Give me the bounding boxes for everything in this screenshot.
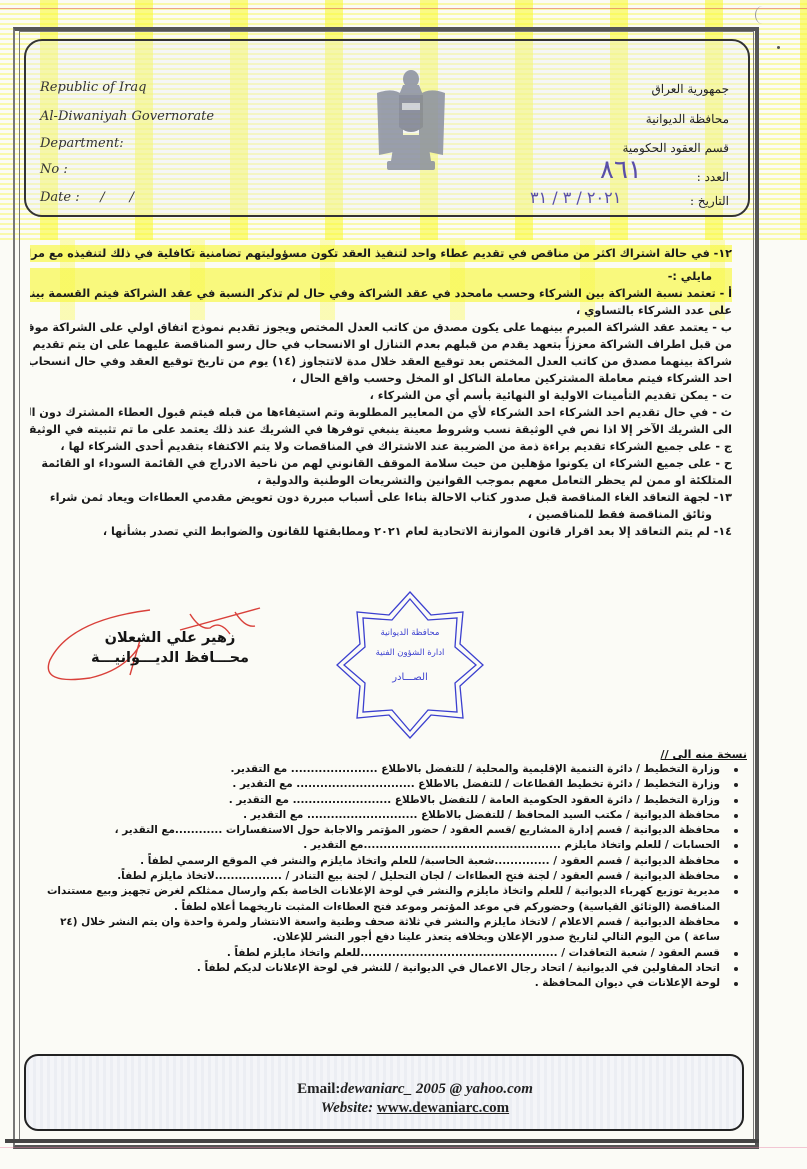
scan-artifact-line bbox=[0, 8, 807, 9]
copy-to-item-continuation: المناقصة (الوثائق القياسية) وحضوركم في م… bbox=[30, 900, 742, 915]
clause-12-b-cont-2: شراكة بينهما مصدق من كاتب العدل المختص ب… bbox=[30, 353, 732, 370]
bullet-icon bbox=[734, 799, 738, 803]
signatory-name: زهير علي الشعلان bbox=[70, 628, 270, 648]
header-arabic-department: قسم العقود الحكومية bbox=[623, 141, 730, 155]
header-english-date: Date : / / bbox=[40, 190, 134, 205]
copy-to-item: وزارة التخطيط / دائرة تخطيط القطاعات / ل… bbox=[30, 777, 742, 792]
header-english-governorate: Al-Diwaniyah Governorate bbox=[40, 109, 214, 124]
header-arabic-country: جمهورية العراق bbox=[651, 82, 729, 96]
iraq-eagle-emblem-icon bbox=[373, 65, 449, 175]
bullet-icon bbox=[734, 814, 738, 818]
header-arabic-date-label: التاريخ : bbox=[690, 194, 729, 208]
copy-to-item-continuation: ساعة ) من اليوم التالي لتاريخ صدور الإعل… bbox=[30, 930, 742, 945]
clause-12-b: ب - يعتمد عقد الشراكة المبرم بينهما على … bbox=[30, 319, 732, 336]
clause-12-h: ح - على جميع الشركاء ان يكونوا مؤهلين من… bbox=[30, 455, 732, 472]
clause-13-cont: وثائق المناقصة فقط للمناقصين ، bbox=[30, 506, 732, 523]
clause-14: ١٤- لم يتم التعاقد إلا بعد اقرار قانون ا… bbox=[30, 523, 732, 540]
clause-12-cont: مايلي :- bbox=[30, 268, 732, 285]
clause-12-h-cont: المتلكئة او ممن لم يحظر التعامل معهم بمو… bbox=[30, 472, 732, 489]
bullet-icon bbox=[734, 982, 738, 986]
stamp-line-outgoing: الصـــادر bbox=[360, 672, 460, 683]
header-arabic-governorate: محافظة الديوانية bbox=[646, 112, 729, 126]
copy-to-list: وزارة التخطيط / دائرة التنمية الإقليمية … bbox=[30, 762, 742, 991]
stamp-line-department: ادارة الشؤون الفنية bbox=[360, 648, 460, 658]
clause-13: ١٣- لجهة التعاقد الغاء المناقصة قبل صدور… bbox=[30, 489, 732, 506]
footer-website: Website: www.dewaniarc.com bbox=[215, 1100, 615, 1117]
bullet-icon bbox=[734, 860, 738, 864]
header-english-number: No : bbox=[40, 162, 68, 177]
bullet-icon bbox=[734, 875, 738, 879]
bullet-icon bbox=[734, 967, 738, 971]
bullet-icon bbox=[734, 844, 738, 848]
clause-12-th-cont: الى الشريك الآخر إلا اذا نص في الوثيقة ن… bbox=[30, 421, 732, 438]
clause-12-b-cont-3: احد الشركاء فيتم معاملة المشتركين معاملة… bbox=[30, 370, 732, 387]
copy-to-item: الحسابات / للعلم واتخاذ مايلزم .........… bbox=[30, 838, 742, 853]
header-english-department: Department: bbox=[40, 136, 124, 151]
scan-artifact-curl bbox=[755, 6, 770, 24]
copy-to-item: اتحاد المقاولين في الديوانية / اتحاد رجا… bbox=[30, 961, 742, 976]
scan-artifact-dot bbox=[777, 46, 780, 49]
copy-to-item: وزارة التخطيط / دائرة التنمية الإقليمية … bbox=[30, 762, 742, 777]
copy-to-item: قسم العقود / شعبة التعاقدات / ..........… bbox=[30, 946, 742, 961]
copy-to-title: نسخة منه الى // bbox=[661, 748, 747, 761]
copy-to-item: محافظة الديوانية / مكتب السيد المحافظ / … bbox=[30, 808, 742, 823]
header-number-value: ٨٦١ bbox=[600, 155, 642, 185]
header-arabic-number-label: العدد : bbox=[697, 170, 729, 184]
bullet-icon bbox=[734, 952, 738, 956]
clauses-body: ١٢- في حالة اشتراك اكثر من مناقص في تقدي… bbox=[30, 245, 732, 540]
email-label: Email: bbox=[297, 1081, 340, 1097]
footer-email: Email:dewaniarc_ 2005 @ yahoo.com bbox=[215, 1081, 615, 1098]
bottom-rule bbox=[5, 1139, 759, 1143]
clause-12-th: ث - في حال تقديم احد الشركاء احد الشركاء… bbox=[30, 404, 732, 421]
bullet-icon bbox=[734, 768, 738, 772]
bullet-icon bbox=[734, 890, 738, 894]
clause-12-t: ت - يمكن تقديم التأمينات الاولية او النه… bbox=[30, 387, 732, 404]
clause-12-j: ج - على جميع الشركاء تقديم براءة ذمة من … bbox=[30, 438, 732, 455]
copy-to-item: محافظة الديوانية / قسم العقود / ........… bbox=[30, 854, 742, 869]
official-stamp-icon bbox=[335, 590, 485, 740]
clause-12: ١٢- في حالة اشتراك اكثر من مناقص في تقدي… bbox=[30, 245, 732, 262]
header-date-value: ٢٠٢١ / ٣ / ٣١ bbox=[530, 188, 621, 207]
bullet-icon bbox=[734, 829, 738, 833]
clause-12-b-cont-1: من قبل اطراف الشراكة معززاً بتعهد يقدم م… bbox=[30, 336, 732, 353]
copy-to-item: مديرية توزيع كهرباء الديوانية / للعلم وا… bbox=[30, 884, 742, 899]
email-value[interactable]: dewaniarc_ 2005 @ yahoo.com bbox=[340, 1081, 532, 1097]
copy-to-item: محافظة الديوانية / قسم العقود / لجنة فتح… bbox=[30, 869, 742, 884]
header-english-country: Republic of Iraq bbox=[40, 80, 146, 95]
bullet-icon bbox=[734, 783, 738, 787]
bullet-icon bbox=[734, 921, 738, 925]
signatory-title: محـــافظ الديـــوانيـــة bbox=[70, 648, 270, 668]
signatory-block: زهير علي الشعلان محـــافظ الديـــوانيـــ… bbox=[70, 628, 270, 668]
copy-to-item: لوحة الإعلانات في ديوان المحافظة . bbox=[30, 976, 742, 991]
stamp-line-governorate: محافظة الديوانية bbox=[360, 628, 460, 638]
clause-12-a-cont: على عدد الشركاء بالتساوي ، bbox=[30, 302, 732, 319]
website-link[interactable]: www.dewaniarc.com bbox=[377, 1100, 509, 1116]
copy-to-item: وزارة التخطيط / دائرة العقود الحكومية ال… bbox=[30, 793, 742, 808]
website-label: Website: bbox=[321, 1100, 373, 1116]
copy-to-item: محافظة الديوانية / قسم الاعلام / لاتخاذ … bbox=[30, 915, 742, 930]
copy-to-item: محافظة الديوانية / قسم إدارة المشاريع /ق… bbox=[30, 823, 742, 838]
scan-artifact-line bbox=[0, 1147, 807, 1148]
clause-12-a: أ - تعتمد نسبة الشراكة بين الشركاء وحسب … bbox=[30, 285, 732, 302]
